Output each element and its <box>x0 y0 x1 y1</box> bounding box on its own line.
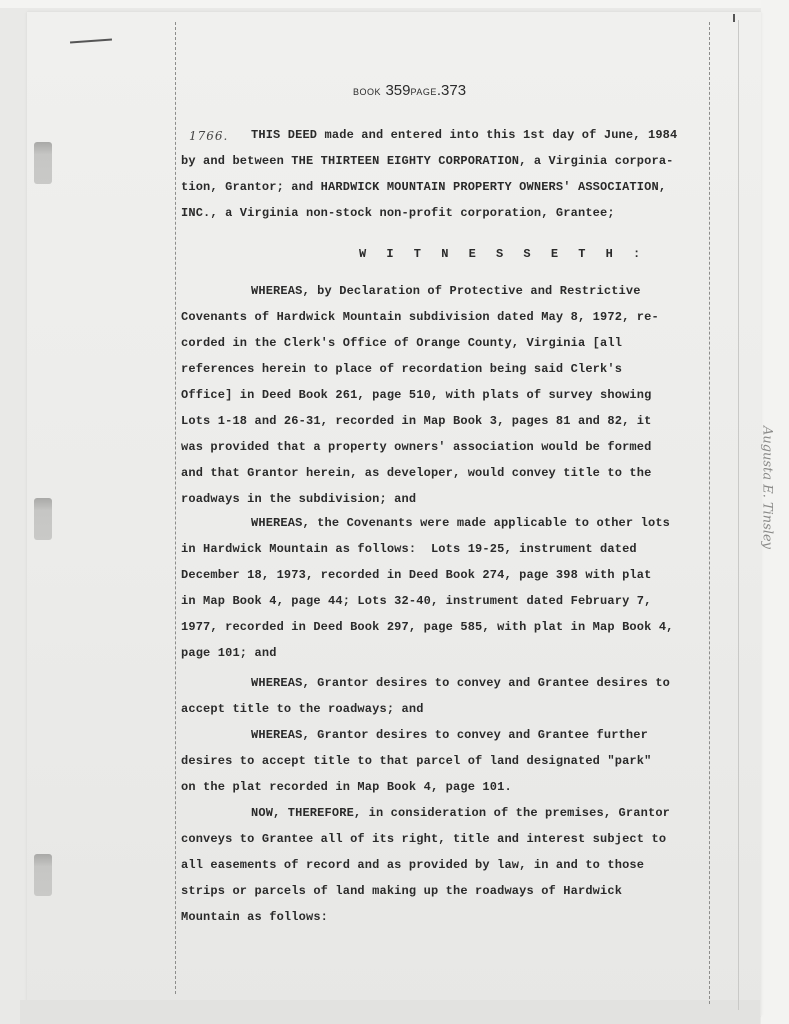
book-page-stamp: BOOK 359PAGE.373 <box>353 82 466 100</box>
backdrop <box>0 0 789 8</box>
left-margin-line <box>175 22 176 994</box>
deed-text-line: WHEREAS, by Declaration of Protective an… <box>251 278 781 304</box>
deed-text-line: THIS DEED made and entered into this 1st… <box>251 122 781 148</box>
deed-text-line: desires to accept title to that parcel o… <box>181 748 711 774</box>
deed-text-line: was provided that a property owners' ass… <box>181 434 711 460</box>
deed-text-line: accept title to the roadways; and <box>181 696 711 722</box>
deed-text-line: NOW, THEREFORE, in consideration of the … <box>251 800 781 826</box>
deed-text-line: corded in the Clerk's Office of Orange C… <box>181 330 711 356</box>
deed-text-line: December 18, 1973, recorded in Deed Book… <box>181 562 711 588</box>
page-bottom-edge <box>20 1000 760 1024</box>
tick-mark <box>733 14 735 22</box>
book-label: BOOK <box>353 87 381 97</box>
binder-hole-icon <box>34 854 52 896</box>
witnesseth-heading: W I T N E S S E T H : <box>359 247 647 261</box>
deed-text-line: WHEREAS, Grantor desires to convey and G… <box>251 670 781 696</box>
binder-hole-icon <box>34 498 52 540</box>
deed-text-line: tion, Grantor; and HARDWICK MOUNTAIN PRO… <box>181 174 711 200</box>
deed-text-line: strips or parcels of land making up the … <box>181 878 711 904</box>
deed-text-line: in Hardwick Mountain as follows: Lots 19… <box>181 536 711 562</box>
deed-text-line: WHEREAS, Grantor desires to convey and G… <box>251 722 781 748</box>
deed-text-line: references herein to place of recordatio… <box>181 356 711 382</box>
deed-text-line: on the plat recorded in Map Book 4, page… <box>181 774 711 800</box>
deed-text-line: roadways in the subdivision; and <box>181 486 711 512</box>
deed-text-line: all easements of record and as provided … <box>181 852 711 878</box>
deed-text-line: INC., a Virginia non-stock non-profit co… <box>181 200 711 226</box>
deed-text-line: Mountain as follows: <box>181 904 711 930</box>
deed-text-line: Covenants of Hardwick Mountain subdivisi… <box>181 304 711 330</box>
deed-text-line: 1977, recorded in Deed Book 297, page 58… <box>181 614 711 640</box>
page-number: .373 <box>437 82 466 99</box>
handwritten-margin-note: Augusta E. Tinsley <box>760 413 775 563</box>
deed-text-line: WHEREAS, the Covenants were made applica… <box>251 510 781 536</box>
deed-text-line: by and between THE THIRTEEN EIGHTY CORPO… <box>181 148 711 174</box>
deed-text-line: in Map Book 4, page 44; Lots 32-40, inst… <box>181 588 711 614</box>
page-label: PAGE <box>411 87 437 97</box>
deed-text-line: Office] in Deed Book 261, page 510, with… <box>181 382 711 408</box>
handwritten-instrument-number: 1766. <box>189 129 228 143</box>
book-number: 359 <box>385 82 410 99</box>
deed-text-line: Lots 1-18 and 26-31, recorded in Map Boo… <box>181 408 711 434</box>
deed-text-line: conveys to Grantee all of its right, tit… <box>181 826 711 852</box>
deed-text-line: and that Grantor herein, as developer, w… <box>181 460 711 486</box>
deed-text-line: page 101; and <box>181 640 711 666</box>
binder-hole-icon <box>34 142 52 184</box>
